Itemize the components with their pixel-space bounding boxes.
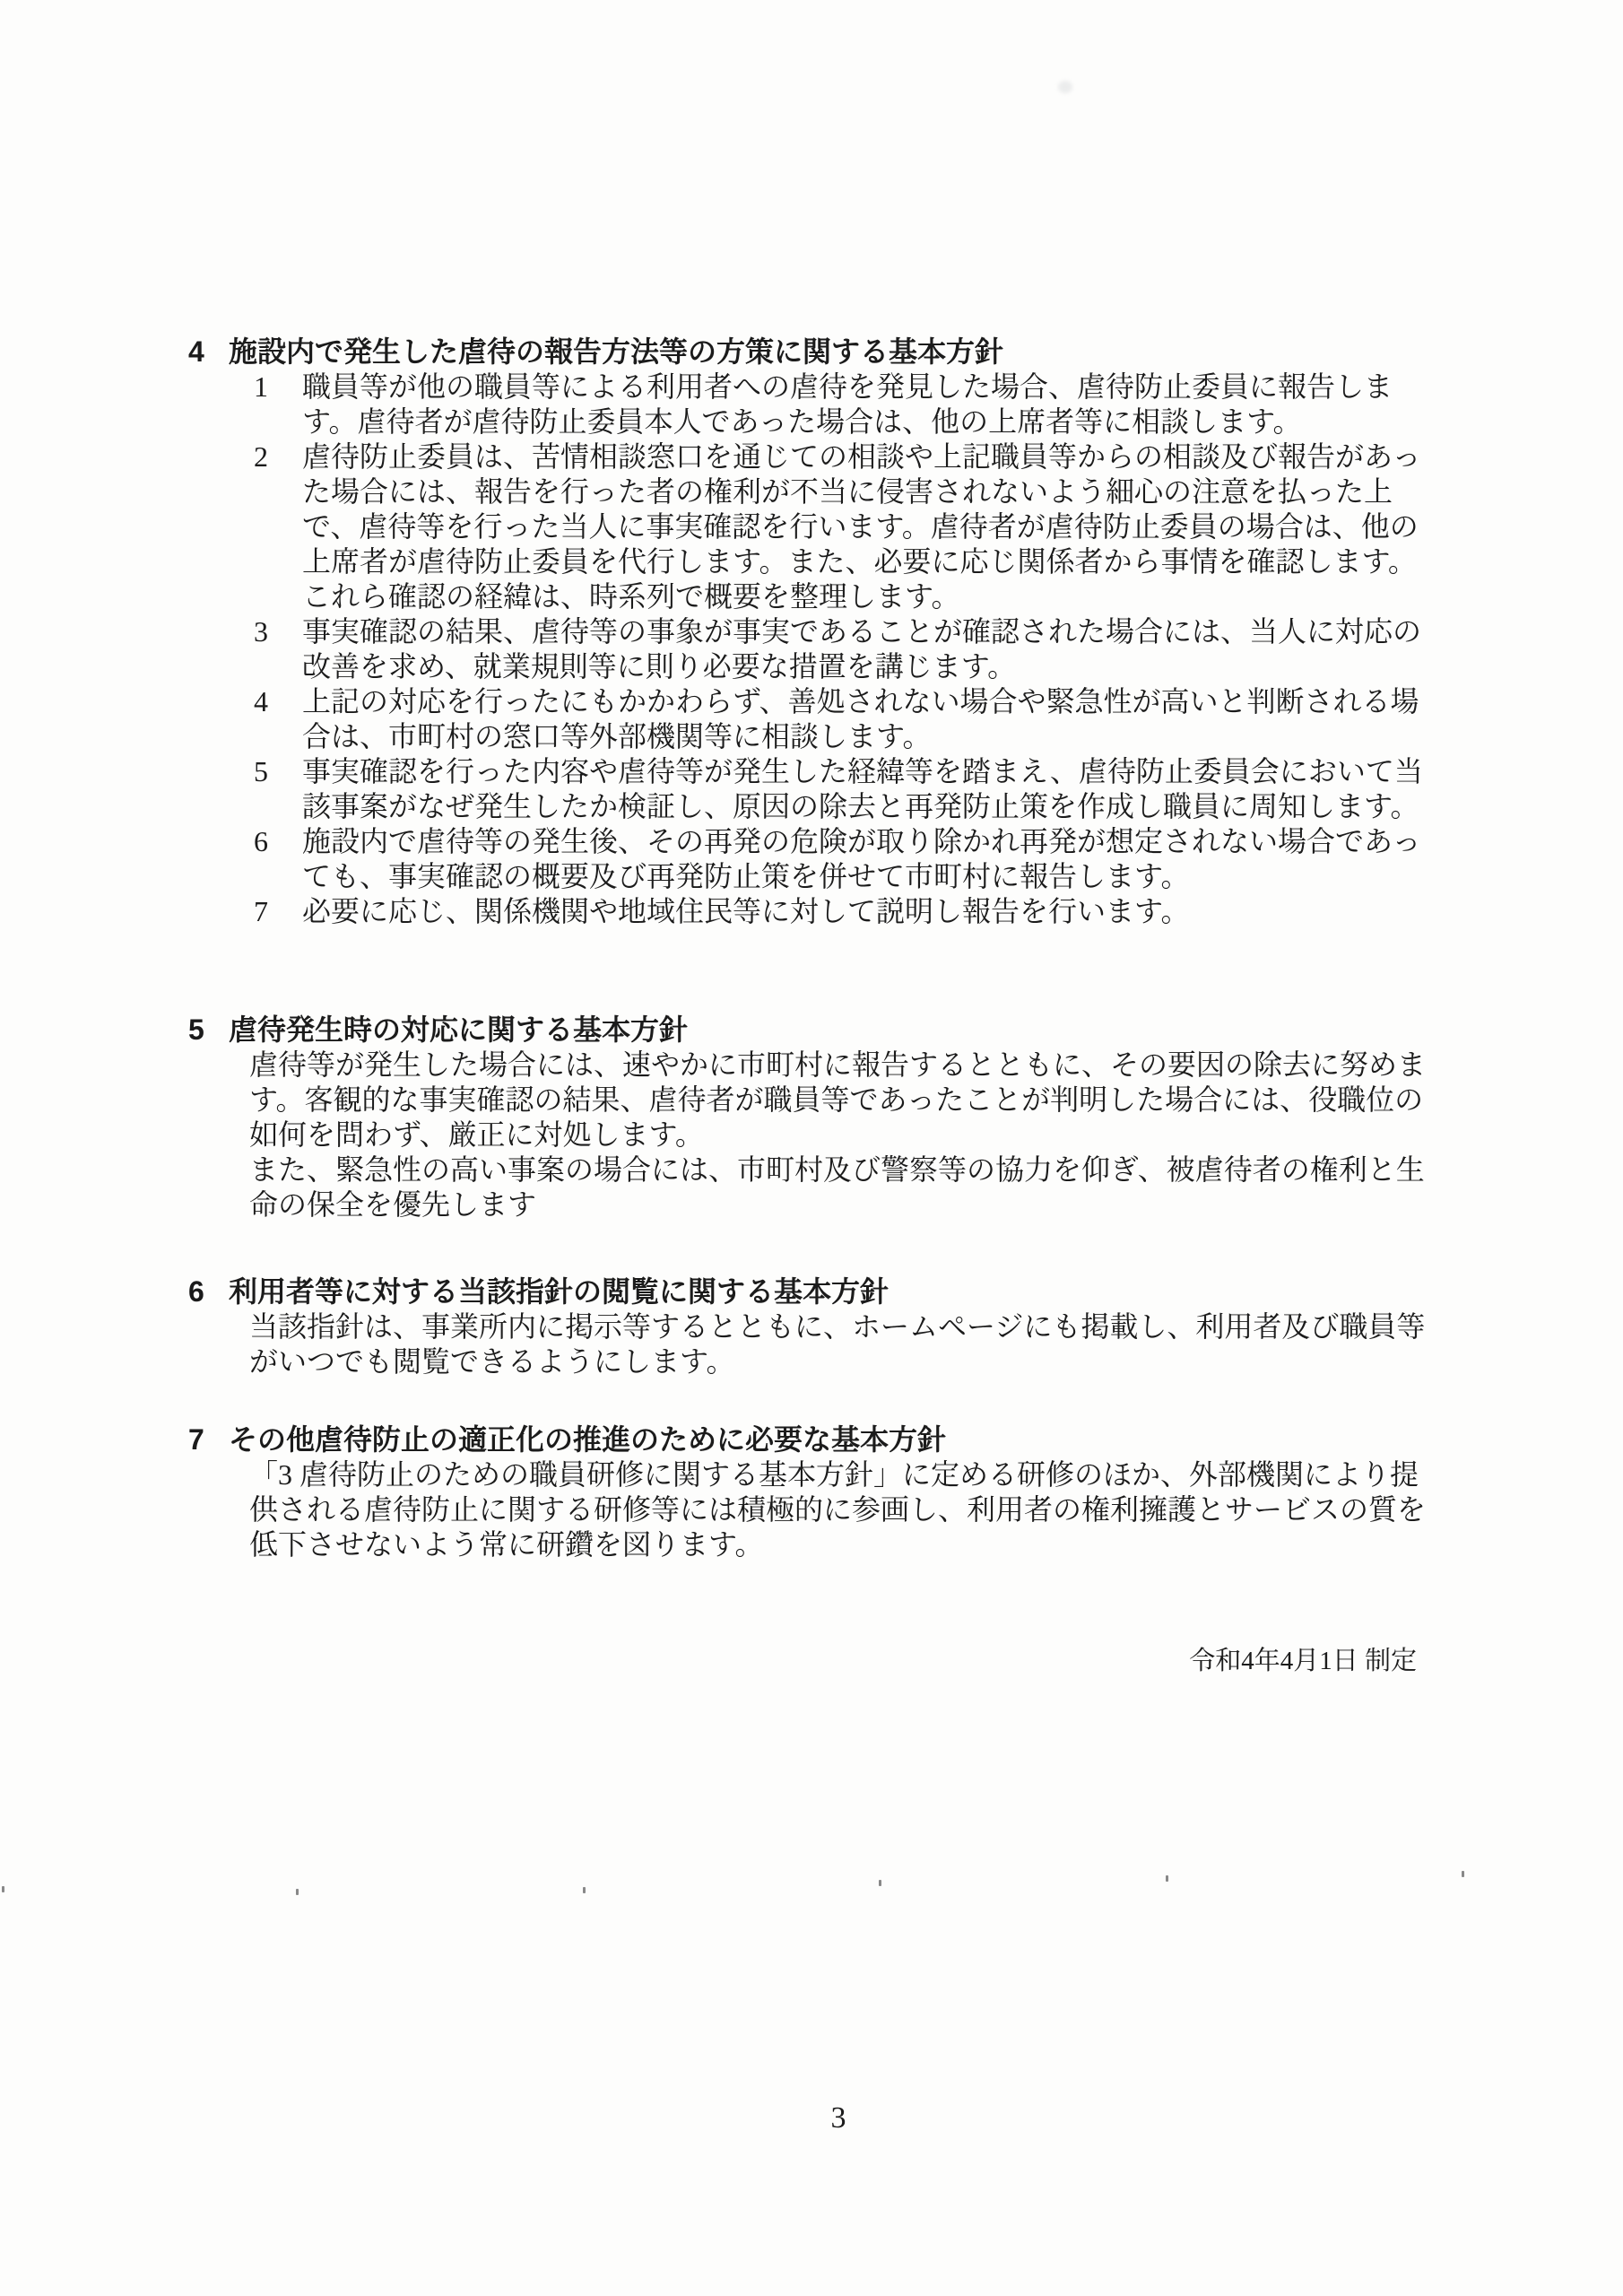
section-guideline-disclosure: 6 利用者等に対する当該指針の閲覧に関する基本方針 当該指針は、事業所内に掲示等… — [188, 1274, 1444, 1379]
text-line: 如何を問わず、厳正に対処します。 — [249, 1118, 1444, 1152]
section-report-methods: 4 施設内で発生した虐待の報告方法等の方策に関する基本方針 1 職員等が他の職員… — [188, 334, 1444, 929]
text-line: 虐待等が発生した場合には、速やかに市町村に報告するとともに、その要因の除去に努め… — [249, 1048, 1444, 1083]
item-text: 職員等が他の職員等による利用者への虐待を発見した場合、虐待防止委員に報告しま す… — [302, 370, 1393, 439]
item-number: 1 — [254, 370, 302, 439]
text-line: 事実確認の結果、虐待等の事象が事実であることが確認された場合には、当人に対応の — [302, 614, 1421, 649]
text-line: 供される虐待防止に関する研修等には積極的に参画し、利用者の権利擁護とサービスの質… — [249, 1492, 1444, 1527]
section-number: 7 — [188, 1422, 229, 1457]
section-number: 5 — [188, 1012, 229, 1048]
item-text: 事実確認を行った内容や虐待等が発生した経緯等を踏まえ、虐待防止委員会において当 … — [302, 754, 1423, 824]
item-number: 5 — [254, 754, 302, 824]
text-line: 虐待防止委員は、苦情相談窓口を通じての相談や上記職員等からの相談及び報告があっ — [302, 439, 1421, 474]
text-line: 改善を求め、就業規則等に則り必要な措置を講じます。 — [302, 649, 1421, 684]
list-item: 1 職員等が他の職員等による利用者への虐待を発見した場合、虐待防止委員に報告しま… — [254, 370, 1444, 439]
section-body: 「3 虐待防止のための職員研修に関する基本方針」に定める研修のほか、外部機関によ… — [249, 1457, 1444, 1562]
section-title: 虐待発生時の対応に関する基本方針 — [229, 1012, 688, 1048]
section-other-measures: 7 その他虐待防止の適正化の推進のために必要な基本方針 「3 虐待防止のための職… — [188, 1422, 1444, 1562]
section-number: 6 — [188, 1274, 229, 1309]
text-line: 必要に応じ、関係機関や地域住民等に対して説明し報告を行います。 — [302, 894, 1189, 929]
item-text: 必要に応じ、関係機関や地域住民等に対して説明し報告を行います。 — [302, 894, 1189, 929]
text-line: 職員等が他の職員等による利用者への虐待を発見した場合、虐待防止委員に報告しま — [302, 370, 1393, 404]
section-title: 施設内で発生した虐待の報告方法等の方策に関する基本方針 — [229, 334, 1003, 370]
text-line: 「3 虐待防止のための職員研修に関する基本方針」に定める研修のほか、外部機関によ… — [249, 1457, 1444, 1492]
text-line: これら確認の経緯は、時系列で概要を整理します。 — [302, 579, 1421, 614]
text-line: 該事案がなぜ発生したか検証し、原因の除去と再発防止策を作成し職員に周知します。 — [302, 789, 1423, 824]
text-line: 低下させないよう常に研鑽を図ります。 — [249, 1527, 1444, 1562]
section-heading-row: 6 利用者等に対する当該指針の閲覧に関する基本方針 — [188, 1274, 1444, 1309]
enactment-date: 令和4年4月1日 制定 — [188, 1645, 1417, 1677]
document-page: 4 施設内で発生した虐待の報告方法等の方策に関する基本方針 1 職員等が他の職員… — [0, 0, 1623, 2296]
section-body: 当該指針は、事業所内に掲示等するとともに、ホームページにも掲載し、利用者及び職員… — [249, 1309, 1444, 1379]
list-item: 4 上記の対応を行ったにもかかわらず、善処されない場合や緊急性が高いと判断される… — [254, 684, 1444, 754]
document-content: 4 施設内で発生した虐待の報告方法等の方策に関する基本方針 1 職員等が他の職員… — [188, 334, 1444, 1677]
item-number: 3 — [254, 614, 302, 684]
item-text: 施設内で虐待等の発生後、その再発の危険が取り除かれ再発が想定されない場合であっ … — [302, 824, 1421, 894]
list-item: 7 必要に応じ、関係機関や地域住民等に対して説明し報告を行います。 — [254, 894, 1444, 929]
section-heading-row: 7 その他虐待防止の適正化の推進のために必要な基本方針 — [188, 1422, 1444, 1457]
page-number: 3 — [780, 2100, 897, 2136]
text-line: た場合には、報告を行った者の権利が不当に侵害されないよう細心の注意を払った上 — [302, 474, 1421, 509]
item-number: 2 — [254, 439, 302, 614]
text-line: す。虐待者が虐待防止委員本人であった場合は、他の上席者等に相談します。 — [302, 404, 1393, 439]
text-line: 施設内で虐待等の発生後、その再発の危険が取り除かれ再発が想定されない場合であっ — [302, 824, 1421, 859]
text-line: 事実確認を行った内容や虐待等が発生した経緯等を踏まえ、虐待防止委員会において当 — [302, 754, 1423, 789]
section-body: 虐待等が発生した場合には、速やかに市町村に報告するとともに、その要因の除去に努め… — [249, 1048, 1444, 1222]
text-line: 合は、市町村の窓口等外部機関等に相談します。 — [302, 719, 1419, 754]
text-line: 上記の対応を行ったにもかかわらず、善処されない場合や緊急性が高いと判断される場 — [302, 684, 1419, 719]
list-item: 5 事実確認を行った内容や虐待等が発生した経緯等を踏まえ、虐待防止委員会において… — [254, 754, 1444, 824]
section-title: 利用者等に対する当該指針の閲覧に関する基本方針 — [229, 1274, 889, 1309]
item-number: 6 — [254, 824, 302, 894]
scan-artifact-dot — [1166, 1875, 1168, 1882]
scan-artifact-dot — [879, 1880, 881, 1886]
item-text: 虐待防止委員は、苦情相談窓口を通じての相談や上記職員等からの相談及び報告があっ … — [302, 439, 1421, 614]
section-heading-row: 4 施設内で発生した虐待の報告方法等の方策に関する基本方針 — [188, 334, 1444, 370]
list-item: 6 施設内で虐待等の発生後、その再発の危険が取り除かれ再発が想定されない場合であ… — [254, 824, 1444, 894]
scan-artifact-dot — [583, 1887, 586, 1893]
item-text: 上記の対応を行ったにもかかわらず、善処されない場合や緊急性が高いと判断される場 … — [302, 684, 1419, 754]
text-line: で、虐待等を行った当人に事実確認を行います。虐待者が虐待防止委員の場合は、他の — [302, 509, 1421, 544]
item-text: 事実確認の結果、虐待等の事象が事実であることが確認された場合には、当人に対応の … — [302, 614, 1421, 684]
text-line: また、緊急性の高い事案の場合には、市町村及び警察等の協力を仰ぎ、被虐待者の権利と… — [249, 1152, 1444, 1187]
text-line: 命の保全を優先します — [249, 1187, 1444, 1222]
item-number: 4 — [254, 684, 302, 754]
text-line: がいつでも閲覧できるようにします。 — [249, 1344, 1444, 1379]
item-number: 7 — [254, 894, 302, 929]
numbered-item-list: 1 職員等が他の職員等による利用者への虐待を発見した場合、虐待防止委員に報告しま… — [254, 370, 1444, 929]
text-line: 上席者が虐待防止委員を代行します。また、必要に応じ関係者から事情を確認します。 — [302, 544, 1421, 579]
text-line: ても、事実確認の概要及び再発防止策を併せて市町村に報告します。 — [302, 859, 1421, 894]
section-number: 4 — [188, 334, 229, 370]
section-title: その他虐待防止の適正化の推進のために必要な基本方針 — [229, 1422, 946, 1457]
text-line: 当該指針は、事業所内に掲示等するとともに、ホームページにも掲載し、利用者及び職員… — [249, 1309, 1444, 1344]
section-heading-row: 5 虐待発生時の対応に関する基本方針 — [188, 1012, 1444, 1048]
scan-artifact-dot — [2, 1886, 4, 1892]
text-line: す。客観的な事実確認の結果、虐待者が職員等であったことが判明した場合には、役職位… — [249, 1083, 1444, 1118]
section-response-on-occurrence: 5 虐待発生時の対応に関する基本方針 虐待等が発生した場合には、速やかに市町村に… — [188, 1012, 1444, 1222]
list-item: 3 事実確認の結果、虐待等の事象が事実であることが確認された場合には、当人に対応… — [254, 614, 1444, 684]
scan-smudge — [1058, 81, 1072, 93]
scan-artifact-dot — [296, 1889, 299, 1895]
list-item: 2 虐待防止委員は、苦情相談窓口を通じての相談や上記職員等からの相談及び報告があ… — [254, 439, 1444, 614]
scan-artifact-dot — [1462, 1871, 1464, 1877]
